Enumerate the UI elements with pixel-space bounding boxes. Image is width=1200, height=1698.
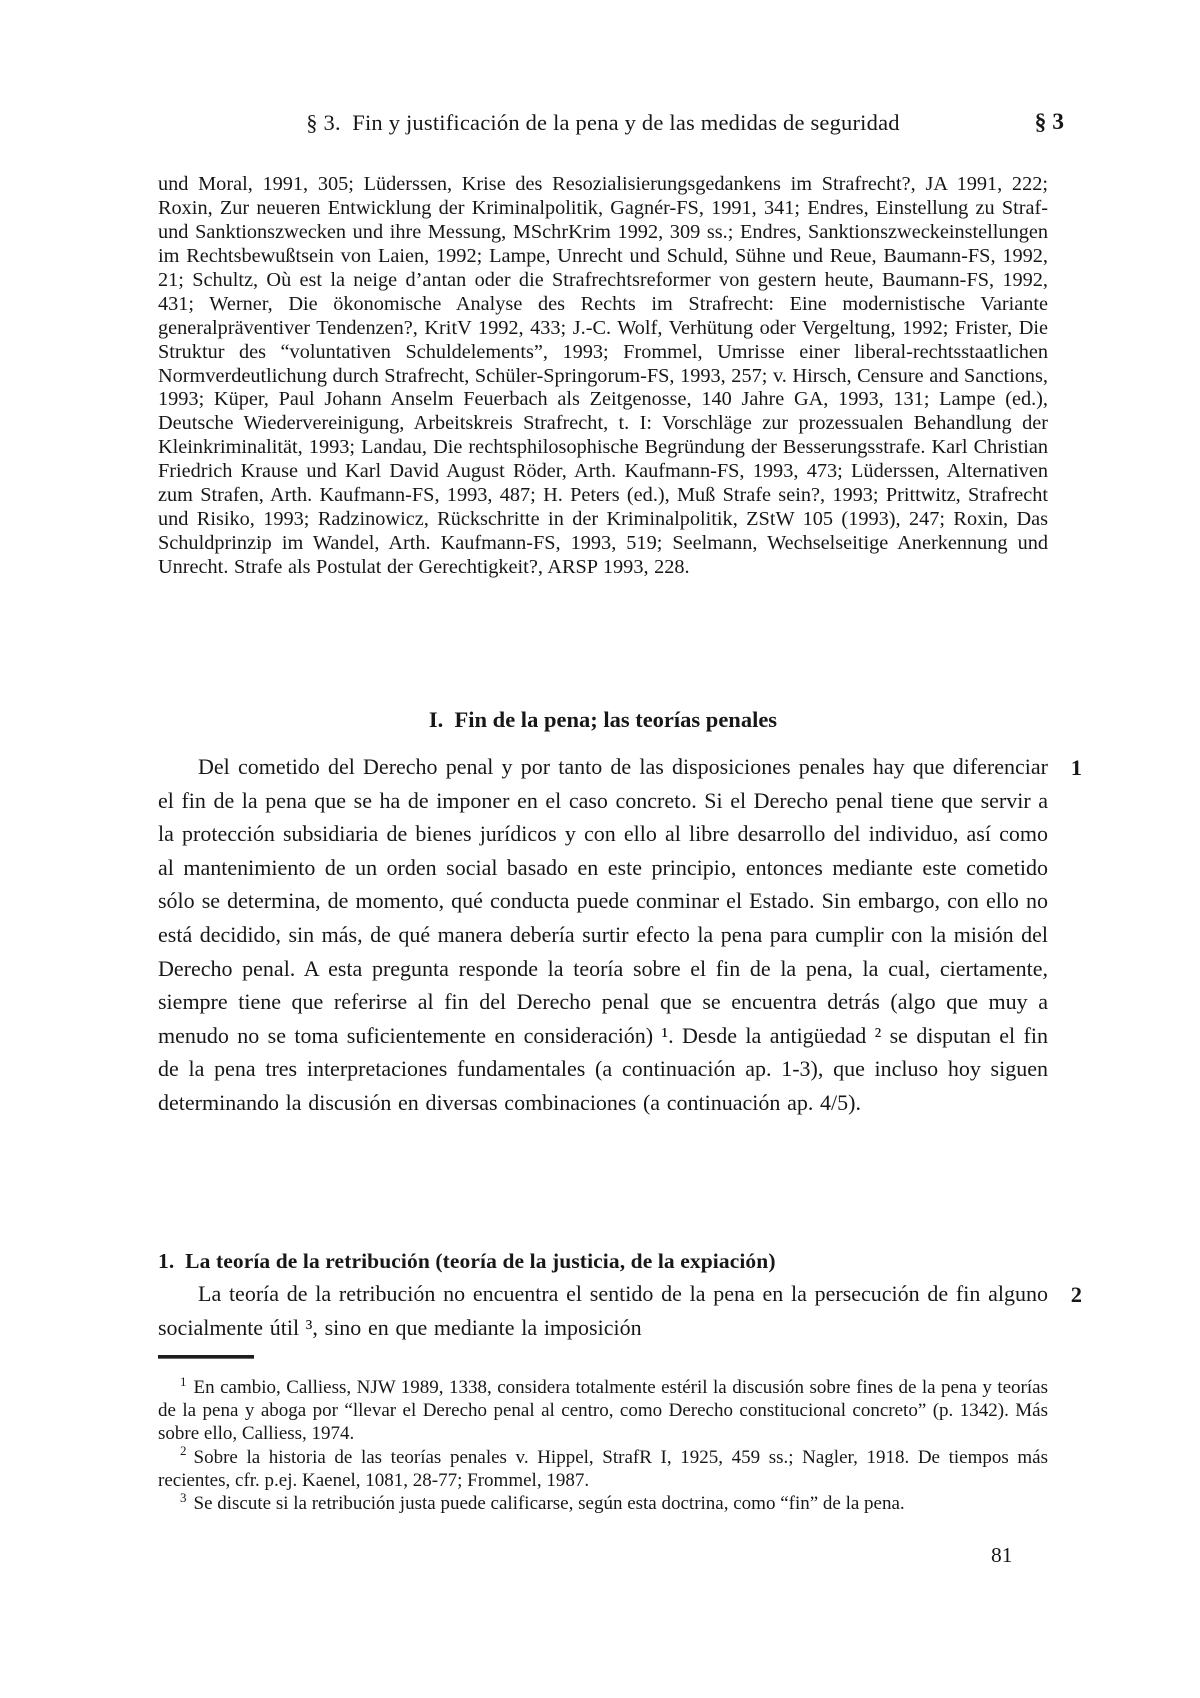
footnote-2-marker: 2 <box>180 1443 187 1458</box>
footnotes-section: 1En cambio, Calliess, NJW 1989, 1338, co… <box>158 1376 1048 1515</box>
footnote-3-text: Se discute si la retribución justa puede… <box>194 1493 905 1514</box>
running-head: § 3. Fin y justificación de la pena y de… <box>158 110 1048 136</box>
footnote-1-marker: 1 <box>180 1374 187 1389</box>
footnote-2: 2Sobre la historia de las teorías penale… <box>158 1446 1048 1492</box>
footnote-3: 3Se discute si la retribución justa pued… <box>158 1492 1048 1515</box>
margin-number-1: 1 <box>1071 751 1082 785</box>
footnote-separator-rule <box>158 1355 254 1359</box>
bibliography-paragraph: und Moral, 1991, 305; Lüderssen, Krise d… <box>158 173 1048 579</box>
footnote-3-marker: 3 <box>180 1490 187 1505</box>
page-number: 81 <box>991 1543 1013 1568</box>
running-head-title: § 3. Fin y justificación de la pena y de… <box>158 110 1048 136</box>
footnote-1: 1En cambio, Calliess, NJW 1989, 1338, co… <box>158 1376 1048 1446</box>
paragraph-1: 1 Del cometido del Derecho penal y por t… <box>158 750 1048 1120</box>
footnote-2-text: Sobre la historia de las teorías penales… <box>158 1447 1048 1491</box>
subsection-heading: 1. La teoría de la retribución (teoría d… <box>158 1249 1048 1274</box>
paragraph-2-text: La teoría de la retribución no encuentra… <box>158 1281 1048 1340</box>
footnote-1-text: En cambio, Calliess, NJW 1989, 1338, con… <box>158 1377 1048 1444</box>
book-page: § 3. Fin y justificación de la pena y de… <box>0 0 1200 1698</box>
paragraph-1-text: Del cometido del Derecho penal y por tan… <box>158 754 1048 1115</box>
paragraph-2: 2 La teoría de la retribución no encuent… <box>158 1277 1048 1344</box>
margin-number-2: 2 <box>1071 1278 1082 1312</box>
section-heading: I. Fin de la pena; las teorías penales <box>158 707 1048 733</box>
margin-section-marker: § 3 <box>1035 109 1064 136</box>
